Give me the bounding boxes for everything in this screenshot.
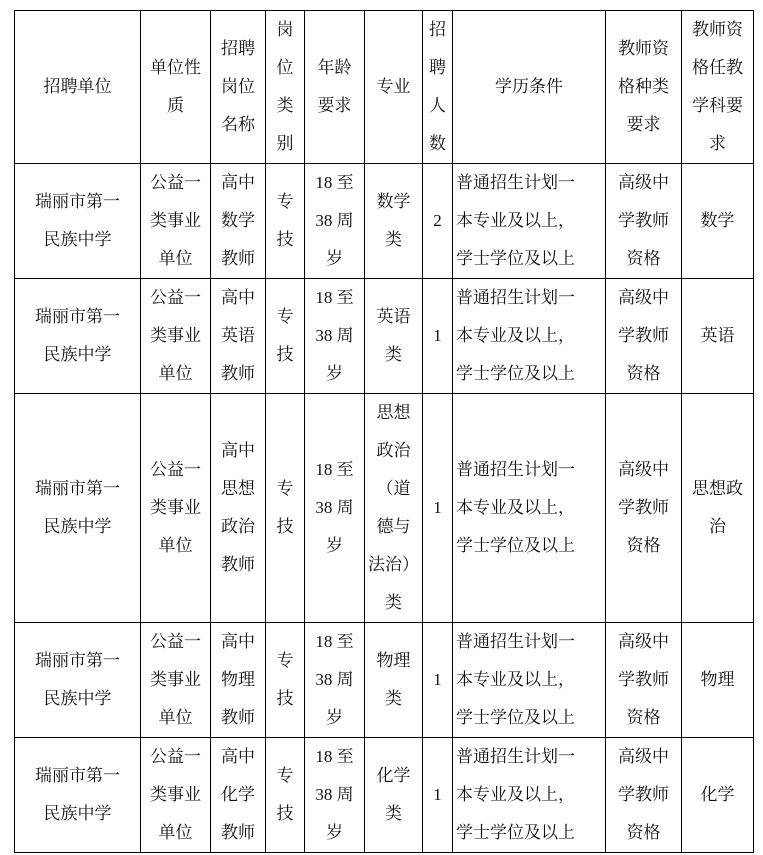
- header-cert-type-line: 格种类: [606, 68, 681, 106]
- header-nature: 单位性质: [141, 11, 211, 164]
- cell-nature-line: 单位: [141, 527, 210, 565]
- cell-major-line: 化学: [365, 757, 422, 795]
- header-cert-type: 教师资格种类要求: [606, 11, 682, 164]
- cell-major-line: 物理: [365, 642, 422, 680]
- header-cert-subject-line: 求: [682, 125, 753, 163]
- header-major: 专业: [365, 11, 423, 164]
- cell-unit-line: 瑞丽市第一: [15, 757, 140, 795]
- cell-cert-type-line: 高级中: [606, 164, 681, 202]
- cell-nature-line: 单位: [141, 814, 210, 852]
- header-cert-subject-line: 格任教: [682, 49, 753, 87]
- cell-major-line: （道: [365, 470, 422, 508]
- cell-position-line: 高中: [211, 738, 265, 776]
- cell-age-line: 38 周: [305, 489, 364, 527]
- cell-cert-subject-line: 数学: [682, 202, 753, 240]
- cell-unit-line: 民族中学: [15, 680, 140, 718]
- cell-position-line: 高中: [211, 432, 265, 470]
- cell-nature-line: 公益一: [141, 623, 210, 661]
- cell-age-line: 岁: [305, 814, 364, 852]
- cell-cert-type-line: 资格: [606, 240, 681, 278]
- cell-nature-line: 公益一: [141, 279, 210, 317]
- cell-nature: 公益一类事业单位: [141, 738, 211, 853]
- header-cert-subject-line: 教师资: [682, 11, 753, 49]
- cell-position: 高中英语教师: [211, 279, 266, 394]
- cell-nature-line: 公益一: [141, 738, 210, 776]
- cell-age: 18 至38 周岁: [305, 623, 365, 738]
- cell-category-line: 专: [266, 183, 304, 221]
- cell-major-line: 类: [365, 221, 422, 259]
- cell-position: 高中思想政治教师: [211, 394, 266, 623]
- cell-education-line: 普通招生计划一: [456, 164, 605, 202]
- cell-age-line: 38 周: [305, 317, 364, 355]
- cell-education-line: 本专业及以上，: [456, 489, 605, 527]
- cell-category: 专技: [266, 164, 305, 279]
- cell-age-line: 18 至: [305, 623, 364, 661]
- table-row: 瑞丽市第一民族中学公益一类事业单位高中思想政治教师专技18 至38 周岁思想政治…: [15, 394, 754, 623]
- cell-position-line: 化学: [211, 776, 265, 814]
- cell-position-line: 高中: [211, 623, 265, 661]
- cell-cert-subject: 化学: [682, 738, 754, 853]
- cell-age-line: 38 周: [305, 661, 364, 699]
- cell-nature: 公益一类事业单位: [141, 164, 211, 279]
- cell-cert-type-line: 高级中: [606, 623, 681, 661]
- header-major-line: 专业: [365, 68, 422, 106]
- cell-cert-type-line: 学教师: [606, 776, 681, 814]
- cell-major-line: 数学: [365, 183, 422, 221]
- cell-count: 1: [423, 279, 453, 394]
- cell-nature-line: 单位: [141, 240, 210, 278]
- cell-cert-subject-line: 化学: [682, 776, 753, 814]
- header-unit-line: 招聘单位: [15, 68, 140, 106]
- cell-cert-type-line: 资格: [606, 355, 681, 393]
- cell-cert-type: 高级中学教师资格: [606, 164, 682, 279]
- cell-age-line: 岁: [305, 355, 364, 393]
- cell-major: 数学类: [365, 164, 423, 279]
- cell-education-line: 学士学位及以上: [456, 355, 605, 393]
- cell-cert-type-line: 学教师: [606, 202, 681, 240]
- cell-nature-line: 类事业: [141, 202, 210, 240]
- cell-unit-line: 民族中学: [15, 795, 140, 833]
- cell-cert-type-line: 学教师: [606, 317, 681, 355]
- header-cert-type-line: 教师资: [606, 30, 681, 68]
- cell-major: 思想政治（道德与法治）类: [365, 394, 423, 623]
- cell-age: 18 至38 周岁: [305, 394, 365, 623]
- cell-cert-subject-line: 治: [682, 508, 753, 546]
- cell-age-line: 38 周: [305, 202, 364, 240]
- cell-nature: 公益一类事业单位: [141, 394, 211, 623]
- cell-education-line: 学士学位及以上: [456, 699, 605, 737]
- cell-nature-line: 单位: [141, 699, 210, 737]
- cell-age-line: 18 至: [305, 738, 364, 776]
- cell-category-line: 技: [266, 508, 304, 546]
- cell-education-line: 普通招生计划一: [456, 451, 605, 489]
- cell-major-line: 德与: [365, 508, 422, 546]
- cell-nature-line: 公益一: [141, 164, 210, 202]
- cell-cert-type-line: 高级中: [606, 451, 681, 489]
- cell-age-line: 18 至: [305, 279, 364, 317]
- cell-cert-subject: 物理: [682, 623, 754, 738]
- cell-category-line: 技: [266, 221, 304, 259]
- cell-cert-type-line: 学教师: [606, 489, 681, 527]
- cell-unit: 瑞丽市第一民族中学: [15, 623, 141, 738]
- cell-education-line: 学士学位及以上: [456, 240, 605, 278]
- cell-age-line: 岁: [305, 240, 364, 278]
- cell-nature-line: 单位: [141, 355, 210, 393]
- cell-cert-subject-line: 物理: [682, 661, 753, 699]
- header-count-line: 数: [423, 125, 452, 163]
- cell-unit-line: 瑞丽市第一: [15, 642, 140, 680]
- cell-major-line: 英语: [365, 298, 422, 336]
- cell-age: 18 至38 周岁: [305, 738, 365, 853]
- table-row: 瑞丽市第一民族中学公益一类事业单位高中数学教师专技18 至38 周岁数学类2普通…: [15, 164, 754, 279]
- cell-major: 物理类: [365, 623, 423, 738]
- header-position-line: 名称: [211, 106, 265, 144]
- cell-education-line: 本专业及以上，: [456, 661, 605, 699]
- cell-category: 专技: [266, 738, 305, 853]
- cell-major: 化学类: [365, 738, 423, 853]
- cell-position: 高中化学教师: [211, 738, 266, 853]
- cell-position-line: 高中: [211, 164, 265, 202]
- cell-unit-line: 瑞丽市第一: [15, 470, 140, 508]
- cell-major-line: 思想: [365, 394, 422, 432]
- cell-major-line: 法治）: [365, 546, 422, 584]
- cell-age: 18 至38 周岁: [305, 164, 365, 279]
- recruitment-table: 招聘单位单位性质招聘岗位名称岗位类别年龄要求专业招聘人数学历条件教师资格种类要求…: [14, 10, 754, 853]
- cell-unit-line: 民族中学: [15, 508, 140, 546]
- cell-major-line: 类: [365, 795, 422, 833]
- cell-count: 1: [423, 394, 453, 623]
- cell-unit-line: 瑞丽市第一: [15, 183, 140, 221]
- cell-cert-type-line: 高级中: [606, 279, 681, 317]
- cell-unit-line: 瑞丽市第一: [15, 298, 140, 336]
- header-nature-line: 单位性: [141, 49, 210, 87]
- cell-cert-type-line: 高级中: [606, 738, 681, 776]
- cell-nature-line: 类事业: [141, 661, 210, 699]
- cell-category: 专技: [266, 279, 305, 394]
- table-row: 瑞丽市第一民族中学公益一类事业单位高中英语教师专技18 至38 周岁英语类1普通…: [15, 279, 754, 394]
- cell-education-line: 本专业及以上，: [456, 202, 605, 240]
- cell-age-line: 岁: [305, 527, 364, 565]
- cell-nature-line: 类事业: [141, 776, 210, 814]
- header-category-line: 岗: [266, 11, 304, 49]
- cell-cert-type-line: 资格: [606, 527, 681, 565]
- cell-education: 普通招生计划一本专业及以上，学士学位及以上: [453, 279, 606, 394]
- cell-category-line: 技: [266, 680, 304, 718]
- cell-education-line: 普通招生计划一: [456, 623, 605, 661]
- header-nature-line: 质: [141, 87, 210, 125]
- cell-cert-type-line: 学教师: [606, 661, 681, 699]
- header-education-line: 学历条件: [453, 68, 605, 106]
- cell-category: 专技: [266, 394, 305, 623]
- cell-category: 专技: [266, 623, 305, 738]
- header-count-line: 人: [423, 87, 452, 125]
- header-age: 年龄要求: [305, 11, 365, 164]
- cell-category-line: 专: [266, 757, 304, 795]
- cell-category-line: 技: [266, 336, 304, 374]
- cell-position-line: 高中: [211, 279, 265, 317]
- cell-education-line: 本专业及以上，: [456, 776, 605, 814]
- cell-cert-type-line: 资格: [606, 699, 681, 737]
- cell-position-line: 教师: [211, 355, 265, 393]
- header-category-line: 类: [266, 87, 304, 125]
- cell-position-line: 教师: [211, 699, 265, 737]
- cell-nature-line: 类事业: [141, 317, 210, 355]
- header-age-line: 年龄: [305, 49, 364, 87]
- cell-cert-subject-line: 思想政: [682, 470, 753, 508]
- cell-age-line: 岁: [305, 699, 364, 737]
- cell-major-line: 类: [365, 336, 422, 374]
- cell-major: 英语类: [365, 279, 423, 394]
- header-position-line: 招聘: [211, 30, 265, 68]
- table-row: 瑞丽市第一民族中学公益一类事业单位高中物理教师专技18 至38 周岁物理类1普通…: [15, 623, 754, 738]
- cell-major-line: 类: [365, 680, 422, 718]
- cell-position-line: 思想: [211, 470, 265, 508]
- cell-education-line: 普通招生计划一: [456, 279, 605, 317]
- cell-education: 普通招生计划一本专业及以上，学士学位及以上: [453, 623, 606, 738]
- cell-position: 高中物理教师: [211, 623, 266, 738]
- cell-education-line: 普通招生计划一: [456, 738, 605, 776]
- cell-cert-type: 高级中学教师资格: [606, 623, 682, 738]
- cell-unit-line: 民族中学: [15, 336, 140, 374]
- header-unit: 招聘单位: [15, 11, 141, 164]
- cell-position-line: 教师: [211, 546, 265, 584]
- cell-category-line: 技: [266, 795, 304, 833]
- header-cert-type-line: 要求: [606, 106, 681, 144]
- cell-age-line: 18 至: [305, 164, 364, 202]
- cell-major-line: 政治: [365, 432, 422, 470]
- cell-position-line: 物理: [211, 661, 265, 699]
- cell-cert-type-line: 资格: [606, 814, 681, 852]
- cell-major-line: 类: [365, 584, 422, 622]
- cell-position: 高中数学教师: [211, 164, 266, 279]
- cell-position-line: 英语: [211, 317, 265, 355]
- cell-age-line: 38 周: [305, 776, 364, 814]
- cell-nature-line: 公益一: [141, 451, 210, 489]
- cell-cert-subject: 数学: [682, 164, 754, 279]
- cell-education: 普通招生计划一本专业及以上，学士学位及以上: [453, 164, 606, 279]
- header-count: 招聘人数: [423, 11, 453, 164]
- cell-cert-subject: 思想政治: [682, 394, 754, 623]
- cell-cert-subject-line: 英语: [682, 317, 753, 355]
- cell-education: 普通招生计划一本专业及以上，学士学位及以上: [453, 394, 606, 623]
- header-category: 岗位类别: [266, 11, 305, 164]
- header-category-line: 位: [266, 49, 304, 87]
- header-age-line: 要求: [305, 87, 364, 125]
- cell-age-line: 18 至: [305, 451, 364, 489]
- cell-count: 1: [423, 738, 453, 853]
- cell-education-line: 学士学位及以上: [456, 814, 605, 852]
- header-category-line: 别: [266, 125, 304, 163]
- cell-count: 2: [423, 164, 453, 279]
- cell-education-line: 本专业及以上，: [456, 317, 605, 355]
- cell-nature: 公益一类事业单位: [141, 623, 211, 738]
- cell-position-line: 教师: [211, 814, 265, 852]
- cell-category-line: 专: [266, 298, 304, 336]
- cell-education: 普通招生计划一本专业及以上，学士学位及以上: [453, 738, 606, 853]
- cell-unit: 瑞丽市第一民族中学: [15, 279, 141, 394]
- cell-education-line: 学士学位及以上: [456, 527, 605, 565]
- cell-unit: 瑞丽市第一民族中学: [15, 164, 141, 279]
- cell-nature-line: 类事业: [141, 489, 210, 527]
- cell-cert-type: 高级中学教师资格: [606, 738, 682, 853]
- header-cert-subject: 教师资格任教学科要求: [682, 11, 754, 164]
- cell-category-line: 专: [266, 642, 304, 680]
- header-position-line: 岗位: [211, 68, 265, 106]
- cell-position-line: 数学: [211, 202, 265, 240]
- cell-age: 18 至38 周岁: [305, 279, 365, 394]
- cell-unit-line: 民族中学: [15, 221, 140, 259]
- header-count-line: 招: [423, 11, 452, 49]
- cell-position-line: 教师: [211, 240, 265, 278]
- header-row: 招聘单位单位性质招聘岗位名称岗位类别年龄要求专业招聘人数学历条件教师资格种类要求…: [15, 11, 754, 164]
- header-count-line: 聘: [423, 49, 452, 87]
- cell-position-line: 政治: [211, 508, 265, 546]
- header-position: 招聘岗位名称: [211, 11, 266, 164]
- cell-nature: 公益一类事业单位: [141, 279, 211, 394]
- cell-category-line: 专: [266, 470, 304, 508]
- cell-unit: 瑞丽市第一民族中学: [15, 738, 141, 853]
- cell-count: 1: [423, 623, 453, 738]
- header-education: 学历条件: [453, 11, 606, 164]
- table-row: 瑞丽市第一民族中学公益一类事业单位高中化学教师专技18 至38 周岁化学类1普通…: [15, 738, 754, 853]
- cell-cert-subject: 英语: [682, 279, 754, 394]
- header-cert-subject-line: 学科要: [682, 87, 753, 125]
- cell-cert-type: 高级中学教师资格: [606, 279, 682, 394]
- cell-unit: 瑞丽市第一民族中学: [15, 394, 141, 623]
- cell-cert-type: 高级中学教师资格: [606, 394, 682, 623]
